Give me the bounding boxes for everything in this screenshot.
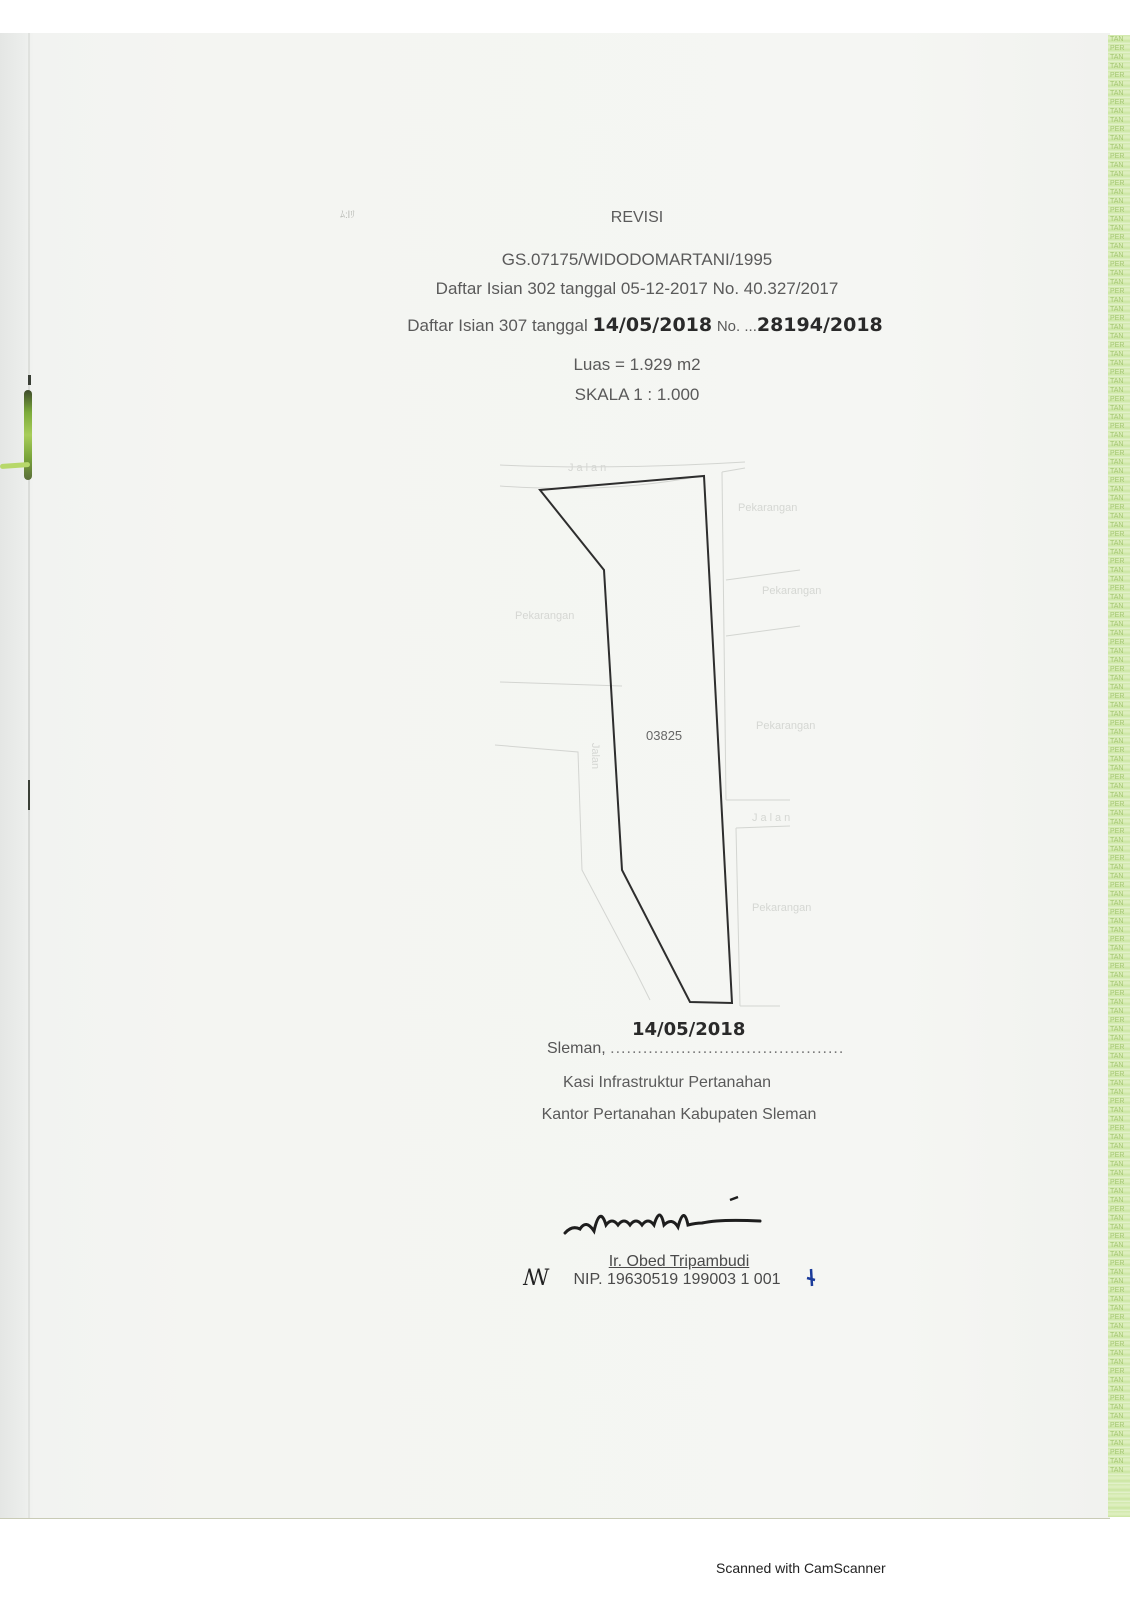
strip-text: PER — [1108, 98, 1130, 107]
strip-text: TAN — [1108, 845, 1130, 854]
strip-text: TAN — [1108, 1322, 1130, 1331]
signatory-office: Kantor Pertanahan Kabupaten Sleman — [124, 1106, 1130, 1124]
strip-text: TAN — [1108, 458, 1130, 467]
strip-text: TAN — [1108, 899, 1130, 908]
strip-text: PER — [1108, 746, 1130, 755]
strip-text: TAN — [1108, 629, 1130, 638]
strip-text: PER — [1108, 1151, 1130, 1160]
strip-text: PER — [1108, 638, 1130, 647]
strip-text: PER — [1108, 854, 1130, 863]
strip-text: TAN — [1108, 53, 1130, 62]
strip-text: PER — [1108, 665, 1130, 674]
strip-text: TAN — [1108, 269, 1130, 278]
daftar-isian-307-date-stamp: 14/05/2018 — [592, 314, 712, 336]
strip-text: TAN — [1108, 818, 1130, 827]
strip-text: TAN — [1108, 1034, 1130, 1043]
strip-text: TAN — [1108, 1403, 1130, 1412]
strip-text: TAN — [1108, 1223, 1130, 1232]
strip-text: TAN — [1108, 440, 1130, 449]
signing-date-stamp: 14/05/2018 — [632, 1019, 745, 1040]
strip-text: TAN — [1108, 1196, 1130, 1205]
daftar-isian-302: Daftar Isian 302 tanggal 05-12-2017 No. … — [82, 279, 1130, 299]
handwritten-signature — [560, 1195, 770, 1245]
strip-text: TAN — [1108, 1241, 1130, 1250]
strip-text: TAN — [1108, 1160, 1130, 1169]
daftar-isian-307-number-stamp: 28194/2018 — [757, 314, 883, 336]
signing-place-label: Sleman, — [547, 1040, 606, 1057]
strip-text: TAN — [1108, 764, 1130, 773]
strip-text: TAN — [1108, 602, 1130, 611]
strip-text: TAN — [1108, 656, 1130, 665]
strip-text: PER — [1108, 989, 1130, 998]
strip-text: PER — [1108, 530, 1130, 539]
strip-text: PER — [1108, 800, 1130, 809]
strip-text: TAN — [1108, 89, 1130, 98]
strip-text: TAN — [1108, 116, 1130, 125]
strip-text: TAN — [1108, 944, 1130, 953]
strip-text: PER — [1108, 1097, 1130, 1106]
strip-text: PER — [1108, 152, 1130, 161]
strip-text: TAN — [1108, 107, 1130, 116]
strip-text: TAN — [1108, 170, 1130, 179]
strip-text: TAN — [1108, 1439, 1130, 1448]
strip-text: TAN — [1108, 521, 1130, 530]
strip-text: PER — [1108, 1394, 1130, 1403]
map-label-east-2: Pekarangan — [756, 720, 815, 732]
strip-text: TAN — [1108, 134, 1130, 143]
map-scale: SKALA 1 : 1.000 — [82, 385, 1130, 405]
strip-text: TAN — [1108, 413, 1130, 422]
paper-fold-shadow — [28, 33, 30, 1518]
strip-text: TAN — [1108, 926, 1130, 935]
strip-text: PER — [1108, 233, 1130, 242]
strip-text: TAN — [1108, 971, 1130, 980]
strip-text: TAN — [1108, 674, 1130, 683]
map-label-road-top: Jalan — [568, 462, 609, 474]
daftar-isian-307: Daftar Isian 307 tanggal 14/05/2018 No. … — [90, 314, 1130, 336]
binding-tick — [28, 780, 30, 810]
strip-text: TAN — [1108, 539, 1130, 548]
strip-text: TAN — [1108, 485, 1130, 494]
strip-text: PER — [1108, 1313, 1130, 1322]
strip-text: TAN — [1108, 494, 1130, 503]
strip-text: PER — [1108, 125, 1130, 134]
strip-text: TAN — [1108, 755, 1130, 764]
strip-text: TAN — [1108, 647, 1130, 656]
strip-text: PER — [1108, 1232, 1130, 1241]
strip-text: TAN — [1108, 836, 1130, 845]
signatory-position: Kasi Infrastruktur Pertanahan — [112, 1074, 1130, 1092]
strip-text: TAN — [1108, 1430, 1130, 1439]
strip-text: TAN — [1108, 1358, 1130, 1367]
strip-text: PER — [1108, 44, 1130, 53]
strip-text: TAN — [1108, 782, 1130, 791]
strip-text: TAN — [1108, 1466, 1130, 1475]
strip-text: PER — [1108, 449, 1130, 458]
strip-text: PER — [1108, 692, 1130, 701]
strip-text: TAN — [1108, 188, 1130, 197]
strip-text: TAN — [1108, 431, 1130, 440]
strip-text: TAN — [1108, 710, 1130, 719]
map-label-southeast: Pekarangan — [752, 902, 811, 914]
strip-text: PER — [1108, 962, 1130, 971]
strip-text: PER — [1108, 719, 1130, 728]
strip-text: PER — [1108, 1367, 1130, 1376]
document-title: REVISI — [82, 209, 1130, 227]
strip-text: TAN — [1108, 80, 1130, 89]
strip-text: PER — [1108, 1205, 1130, 1214]
strip-text: TAN — [1108, 566, 1130, 575]
map-label-northeast: Pekarangan — [738, 502, 797, 514]
strip-text: TAN — [1108, 548, 1130, 557]
map-label-west-road: Jalan — [589, 743, 601, 769]
strip-text: TAN — [1108, 1169, 1130, 1178]
strip-text: TAN — [1108, 1376, 1130, 1385]
strip-text: PER — [1108, 1124, 1130, 1133]
strip-text: TAN — [1108, 512, 1130, 521]
strip-text: PER — [1108, 881, 1130, 890]
strip-text: TAN — [1108, 1007, 1130, 1016]
strip-text: PER — [1108, 1340, 1130, 1349]
strip-text: PER — [1108, 179, 1130, 188]
strip-text: TAN — [1108, 701, 1130, 710]
binding-tick — [28, 375, 31, 385]
strip-text: TAN — [1108, 953, 1130, 962]
strip-text: TAN — [1108, 1187, 1130, 1196]
strip-text: TAN — [1108, 1142, 1130, 1151]
strip-text: TAN — [1108, 980, 1130, 989]
strip-text: PER — [1108, 341, 1130, 350]
map-label-west: Pekarangan — [515, 610, 574, 622]
strip-text: TAN — [1108, 1295, 1130, 1304]
land-area: Luas = 1.929 m2 — [82, 355, 1130, 375]
strip-text: TAN — [1108, 998, 1130, 1007]
strip-text: PER — [1108, 773, 1130, 782]
strip-text: TAN — [1108, 1304, 1130, 1313]
map-label-road-right: Jalan — [752, 812, 793, 824]
strip-text: TAN — [1108, 404, 1130, 413]
strip-text: PER — [1108, 908, 1130, 917]
strip-text: TAN — [1108, 1385, 1130, 1394]
map-label-east-1: Pekarangan — [762, 585, 821, 597]
strip-text: TAN — [1108, 1349, 1130, 1358]
strip-text: TAN — [1108, 62, 1130, 71]
strip-text: TAN — [1108, 1412, 1130, 1421]
strip-text: TAN — [1108, 1025, 1130, 1034]
strip-text: PER — [1108, 1178, 1130, 1187]
strip-text: PER — [1108, 422, 1130, 431]
strip-text: TAN — [1108, 305, 1130, 314]
strip-text: TAN — [1108, 683, 1130, 692]
strip-text: TAN — [1108, 863, 1130, 872]
camscanner-watermark: Scanned with CamScanner — [716, 1560, 886, 1576]
strip-text: TAN — [1108, 593, 1130, 602]
signing-place: Sleman, ................................… — [547, 1040, 844, 1058]
strip-text: TAN — [1108, 1052, 1130, 1061]
strip-text: PER — [1108, 71, 1130, 80]
strip-text: TAN — [1108, 1133, 1130, 1142]
strip-text: TAN — [1108, 197, 1130, 206]
strip-text: TAN — [1108, 872, 1130, 881]
strip-text: PER — [1108, 1016, 1130, 1025]
strip-text: TAN — [1108, 1061, 1130, 1070]
strip-text: PER — [1108, 611, 1130, 620]
strip-text: TAN — [1108, 890, 1130, 899]
strip-text: TAN — [1108, 1457, 1130, 1466]
strip-text: TAN — [1108, 728, 1130, 737]
strip-text: TAN — [1108, 737, 1130, 746]
daftar-isian-307-prefix: Daftar Isian 307 tanggal — [407, 316, 588, 335]
strip-text: TAN — [1108, 1214, 1130, 1223]
strip-text: PER — [1108, 1043, 1130, 1052]
strip-text: PER — [1108, 476, 1130, 485]
strip-text: PER — [1108, 827, 1130, 836]
strip-text: PER — [1108, 935, 1130, 944]
strip-text: PER — [1108, 584, 1130, 593]
strip-text: TAN — [1108, 575, 1130, 584]
strip-text: TAN — [1108, 620, 1130, 629]
strip-text: PER — [1108, 1421, 1130, 1430]
signatory-name: Ir. Obed Tripambudi — [124, 1253, 1130, 1271]
strip-text: TAN — [1108, 791, 1130, 800]
daftar-isian-307-no-label: No. ... — [717, 318, 757, 335]
certificate-number: GS.07175/WIDODOMARTANI/1995 — [82, 250, 1130, 270]
strip-text: TAN — [1108, 467, 1130, 476]
parcel-id: 03825 — [646, 728, 682, 743]
strip-text: TAN — [1108, 809, 1130, 818]
initial-mark-left: ꟿ — [523, 1266, 549, 1291]
strip-text: TAN — [1108, 1331, 1130, 1340]
strip-text: TAN — [1108, 917, 1130, 926]
strip-text: PER — [1108, 503, 1130, 512]
strip-text: TAN — [1108, 161, 1130, 170]
strip-text: PER — [1108, 557, 1130, 566]
strip-text: TAN — [1108, 35, 1130, 44]
strip-text: TAN — [1108, 143, 1130, 152]
strip-text: PER — [1108, 1448, 1130, 1457]
signatory-nip: NIP. 19630519 199003 1 001 — [122, 1271, 1130, 1289]
signing-place-dots: ........................................… — [610, 1040, 844, 1057]
initial-mark-right — [805, 1268, 817, 1288]
